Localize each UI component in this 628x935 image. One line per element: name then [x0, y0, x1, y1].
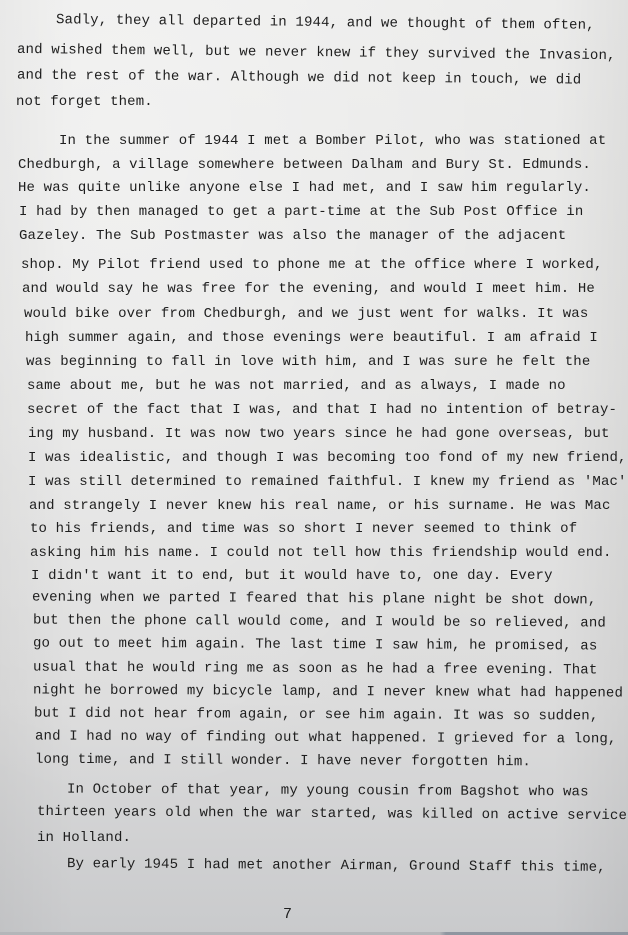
text-line: was beginning to fall in love with him, … [26, 354, 590, 370]
text-line: I was idealistic, and though I was becom… [28, 450, 627, 466]
text-line: to his friends, and time was so short I … [30, 521, 577, 537]
text-line: and strangely I never knew his real name… [29, 498, 611, 514]
text-line: would bike over from Chedburgh, and we j… [24, 306, 588, 322]
typewritten-page: Sadly, they all departed in 1944, and we… [0, 0, 628, 935]
text-line: secret of the fact that I was, and that … [27, 402, 617, 418]
pen-icon [0, 0, 16, 16]
text-line: long time, and I still wonder. I have ne… [35, 752, 531, 771]
text-line: thirteen years old when the war started,… [37, 804, 627, 824]
text-line: asking him his name. I could not tell ho… [30, 545, 612, 561]
text-line: I had by then managed to get a part-time… [19, 204, 583, 220]
text-line: and the rest of the war. Although we did… [17, 68, 582, 89]
text-line: I was still determined to remained faith… [28, 474, 628, 490]
text-line: By early 1945 I had met another Airman, … [67, 856, 606, 876]
text-line: usual that he would ring me as soon as h… [33, 660, 597, 679]
text-line: I didn't want it to end, but it would ha… [31, 568, 553, 584]
text-line: same about me, but he was not married, a… [27, 378, 566, 394]
text-line: go out to meet him again. The last time … [33, 636, 597, 655]
text-line: but I did not hear from again, or see hi… [34, 706, 598, 725]
text-line: In the summer of 1944 I met a Bomber Pil… [59, 133, 606, 149]
text-line: but then the phone call would come, and … [33, 613, 606, 632]
text-line: Gazeley. The Sub Postmaster was also the… [19, 228, 566, 244]
text-line: Sadly, they all departed in 1944, and we… [56, 12, 595, 34]
text-line: ing my husband. It was now two years sin… [28, 426, 610, 442]
text-line: In October of that year, my young cousin… [67, 782, 589, 801]
text-line: Chedburgh, a village somewhere between D… [18, 157, 591, 173]
text-line: He was quite unlike anyone else I had me… [18, 180, 591, 196]
text-line: in Holland. [37, 830, 131, 846]
text-line: high summer again, and those evenings we… [25, 330, 598, 346]
page-number: 7 [283, 906, 292, 923]
text-line: and wished them well, but we never knew … [17, 42, 616, 64]
text-line: evening when we parted I feared that his… [32, 590, 596, 609]
text-line: and would say he was free for the evenin… [22, 281, 595, 297]
text-line: and I had no way of finding out what hap… [35, 728, 617, 747]
text-line: night he borrowed my bicycle lamp, and I… [33, 682, 623, 701]
text-line: not forget them. [16, 94, 153, 110]
text-line: shop. My Pilot friend used to phone me a… [21, 257, 603, 273]
